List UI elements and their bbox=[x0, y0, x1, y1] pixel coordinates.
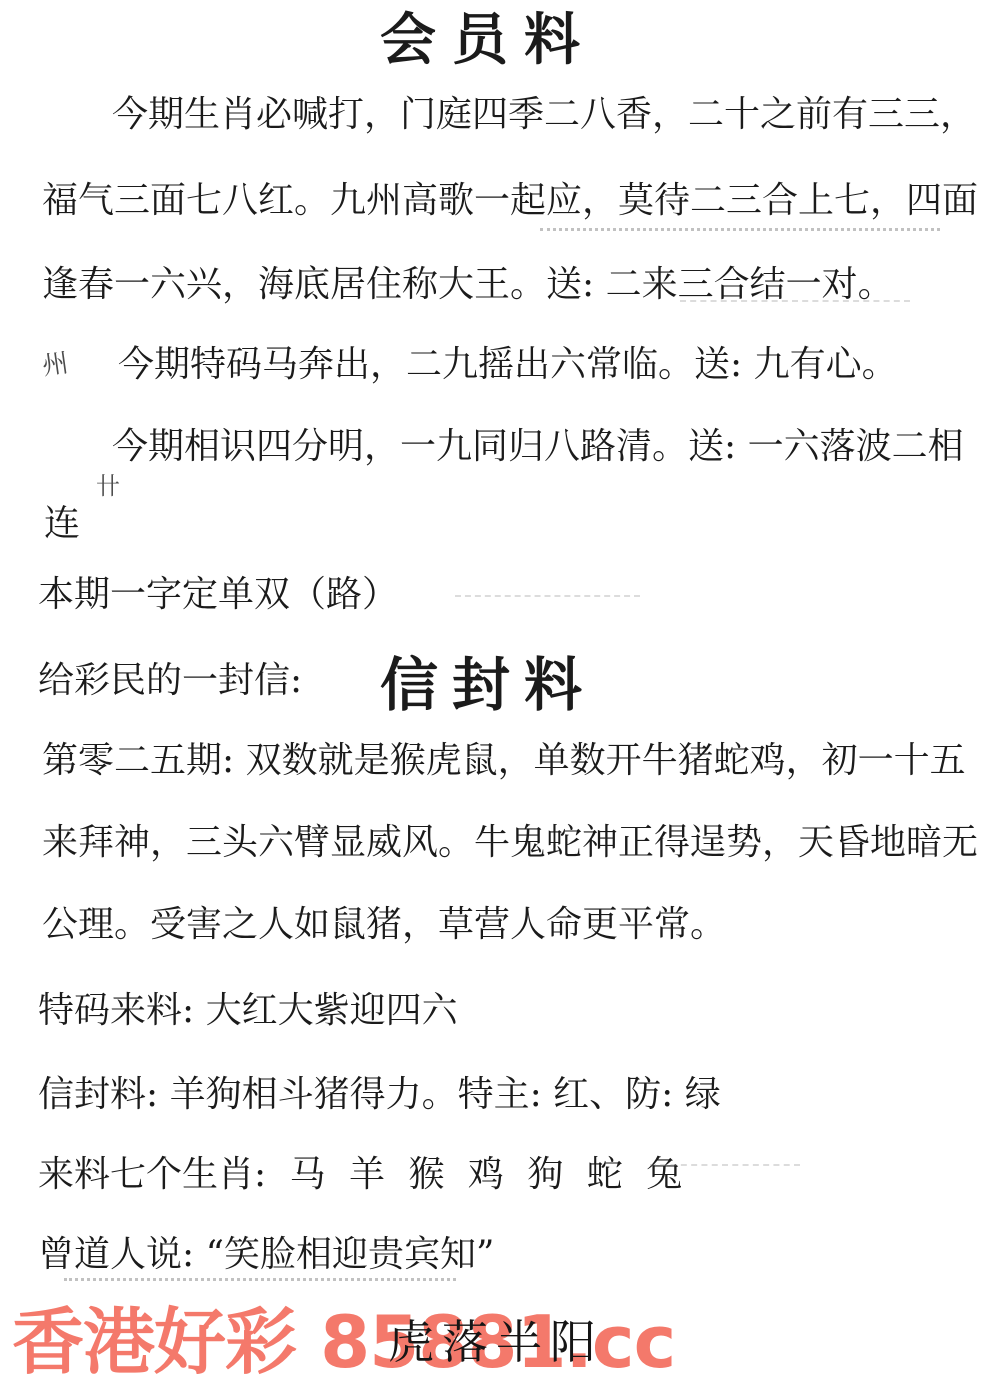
scanned-lottery-tip-sheet: 会员料 今期生肖必喊打，门庭四季二八香，二十之前有三三， 福气三面七八红。九州高… bbox=[0, 0, 1004, 1388]
page-title: 会员料 bbox=[380, 8, 596, 72]
member-tip-acquaintance-continued: 连 bbox=[44, 503, 80, 544]
letter-issue-line-3: 公理。受害之人如鼠猪，草营人命更平常。 bbox=[42, 904, 726, 945]
handwritten-note: 虎落半阳 bbox=[388, 1306, 604, 1372]
letter-intro-label: 给彩民的一封信: bbox=[38, 660, 302, 701]
scan-scribble-artifact: 州 bbox=[40, 342, 71, 382]
zeng-daoren-quote-line: 曾道人说: “笑脸相迎贵宾知” bbox=[38, 1234, 494, 1275]
special-code-tip-line: 特码来料: 大红大紫迎四六 bbox=[38, 990, 458, 1031]
scan-smudge-line bbox=[650, 1164, 800, 1166]
scan-smudge-line bbox=[540, 228, 940, 231]
envelope-tip-line: 信封料: 羊狗相斗猪得力。特主: 红、防: 绿 bbox=[38, 1074, 721, 1115]
letter-heading: 信封料 bbox=[380, 652, 596, 719]
seven-zodiac-line: 来料七个生肖: 马 羊 猴 鸡 狗 蛇 兔 bbox=[38, 1154, 682, 1195]
member-single-double-line: 本期一字定单双（路） bbox=[38, 574, 398, 615]
letter-issue-line-1: 第零二五期: 双数就是猴虎鼠，单数开牛猪蛇鸡，初一十五 bbox=[42, 740, 966, 781]
member-poem-line-2: 福气三面七八红。九州高歌一起应，莫待二三合上七，四面 bbox=[42, 180, 978, 221]
scan-smudge-line bbox=[64, 1278, 456, 1281]
letter-issue-line-2: 来拜神，三头六臂显威风。牛鬼蛇神正得逞势，天昏地暗无 bbox=[42, 822, 978, 863]
scan-smudge-line bbox=[680, 300, 910, 302]
member-tip-special: 今期特码马奔出，二九摇出六常临。送: 九有心。 bbox=[118, 344, 898, 385]
member-poem-line-1: 今期生肖必喊打，门庭四季二八香，二十之前有三三， bbox=[112, 94, 976, 135]
member-tip-acquaintance: 今期相识四分明，一九同归八路清。送: 一六落波二相 bbox=[112, 426, 964, 467]
scan-tick-artifact: 卄 bbox=[96, 466, 120, 501]
scan-smudge-line bbox=[455, 595, 640, 597]
